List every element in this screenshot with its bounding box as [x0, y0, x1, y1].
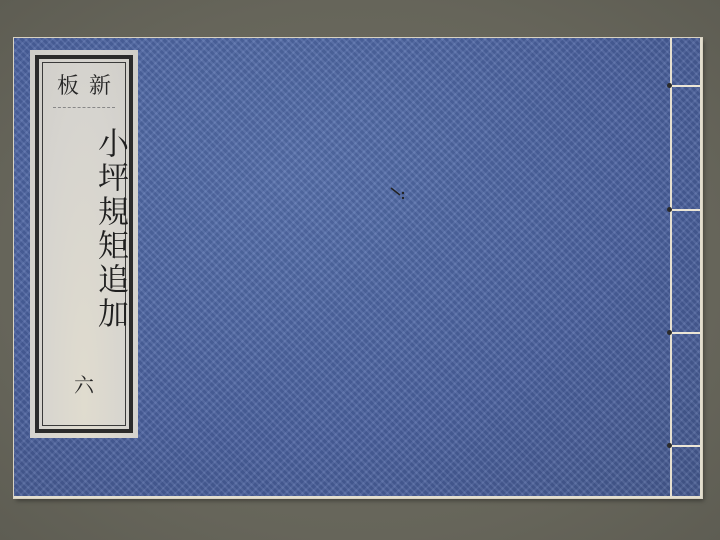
volume-number: 六	[43, 369, 125, 398]
book-cover: 新 板 小坪規矩追加 六	[14, 38, 702, 498]
binding-stitch	[670, 85, 700, 87]
book-title: 小坪規矩追加	[43, 127, 125, 331]
subtitle-char-1: 新	[89, 69, 111, 100]
binding-stitch	[670, 209, 700, 211]
ink-mark	[389, 186, 407, 200]
label-subtitle: 新 板	[43, 69, 125, 100]
binding-stitch	[670, 332, 700, 334]
binding-stitch	[670, 445, 700, 447]
title-label: 新 板 小坪規矩追加 六	[30, 50, 138, 438]
subtitle-char-2: 板	[57, 69, 79, 100]
label-inner-border: 新 板 小坪規矩追加 六	[42, 62, 126, 426]
spine-fold-line	[670, 38, 672, 496]
label-border: 新 板 小坪規矩追加 六	[35, 55, 133, 433]
label-title-wrap: 小坪規矩追加	[43, 127, 125, 331]
label-divider	[53, 107, 115, 108]
